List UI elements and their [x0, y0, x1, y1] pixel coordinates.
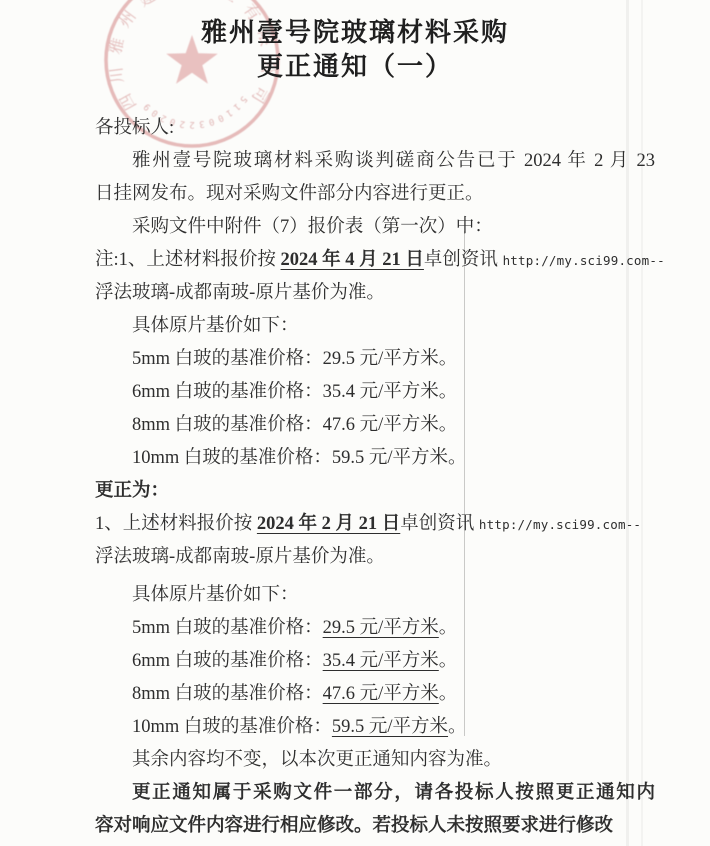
- price-label: 8mm 白玻的基准价格：: [132, 415, 323, 435]
- price-period: 。: [439, 651, 458, 671]
- price-value: 59.5 元/平方米: [332, 717, 448, 737]
- price-label: 10mm 白玻的基准价格：: [132, 717, 332, 737]
- price-label: 5mm 白玻的基准价格：: [132, 618, 323, 638]
- price-value: 47.6 元/平方米: [323, 415, 439, 435]
- price-period: 。: [448, 717, 467, 737]
- note-prefix: 注:1、上述材料报价按: [95, 250, 281, 270]
- original-price-6mm: 6mm 白玻的基准价格：35.4 元/平方米。: [95, 376, 655, 409]
- price-period: 。: [448, 448, 467, 468]
- correction-detail-heading: 具体原片基价如下：: [95, 579, 655, 612]
- final-notice-line-1: 更正通知属于采购文件一部分，请各投标人按照更正通知内: [95, 777, 655, 810]
- corrected-price-10mm: 10mm 白玻的基准价格：59.5 元/平方米。: [95, 711, 655, 744]
- attachment-reference-line: 采购文件中附件（7）报价表（第一次）中：: [95, 211, 655, 244]
- price-label: 6mm 白玻的基准价格：: [132, 382, 323, 402]
- original-note-wrap-line: 浮法玻璃-成都南玻-原片基价为准。: [95, 277, 655, 310]
- original-note-line: 注:1、上述材料报价按 2024 年 4 月 21 日卓创资讯 http://m…: [95, 244, 655, 277]
- document-body: 各投标人: 雅州壹号院玻璃材料采购谈判磋商公告已于 2024 年 2 月 23 …: [95, 112, 655, 843]
- original-price-10mm: 10mm 白玻的基准价格：59.5 元/平方米。: [95, 442, 655, 475]
- corrected-quote-date: 2024 年 2 月 21 日: [257, 514, 400, 534]
- price-period: 。: [439, 349, 458, 369]
- document-page: 四川雅州建设工程有限公司 511003220209 雅州壹号院玻璃材料采购 更正…: [0, 0, 710, 846]
- original-quote-date: 2024 年 4 月 21 日: [281, 250, 424, 270]
- price-label: 10mm 白玻的基准价格：: [132, 448, 332, 468]
- price-value: 47.6 元/平方米: [323, 684, 439, 704]
- intro-line-2: 日挂网发布。现对采购文件部分内容进行更正。: [95, 178, 655, 211]
- price-period: 。: [439, 415, 458, 435]
- correction-heading: 更正为：: [95, 475, 655, 508]
- original-price-8mm: 8mm 白玻的基准价格：47.6 元/平方米。: [95, 409, 655, 442]
- corrected-price-6mm: 6mm 白玻的基准价格：35.4 元/平方米。: [95, 645, 655, 678]
- price-value: 59.5 元/平方米: [332, 448, 448, 468]
- price-period: 。: [439, 382, 458, 402]
- price-period: 。: [439, 618, 458, 638]
- price-label: 8mm 白玻的基准价格：: [132, 684, 323, 704]
- final-notice-line-2: 容对响应文件内容进行相应修改。若投标人未按照要求进行修改: [95, 810, 655, 843]
- corrected-price-8mm: 8mm 白玻的基准价格：47.6 元/平方米。: [95, 678, 655, 711]
- price-value: 35.4 元/平方米: [323, 382, 439, 402]
- price-value: 35.4 元/平方米: [323, 651, 439, 671]
- correction-note-wrap-line: 浮法玻璃-成都南玻-原片基价为准。: [95, 541, 655, 574]
- page-title-line-2: 更正通知（一）: [0, 50, 710, 84]
- note-prefix: 1、上述材料报价按: [95, 514, 257, 534]
- note-agency: 卓创资讯: [400, 514, 479, 534]
- closing-line: 其余内容均不变，以本次更正通知内容为准。: [95, 744, 655, 777]
- intro-line-1: 雅州壹号院玻璃材料采购谈判磋商公告已于 2024 年 2 月 23: [95, 145, 655, 178]
- price-value: 29.5 元/平方米: [323, 618, 439, 638]
- sci99-url: http://my.sci99.com--: [479, 517, 641, 532]
- note-agency: 卓创资讯: [424, 250, 503, 270]
- salutation: 各投标人:: [95, 112, 655, 145]
- price-label: 6mm 白玻的基准价格：: [132, 651, 323, 671]
- price-label: 5mm 白玻的基准价格：: [132, 349, 323, 369]
- original-detail-heading: 具体原片基价如下：: [95, 310, 655, 343]
- page-title-line-1: 雅州壹号院玻璃材料采购: [0, 16, 710, 50]
- corrected-price-5mm: 5mm 白玻的基准价格：29.5 元/平方米。: [95, 612, 655, 645]
- document-title: 雅州壹号院玻璃材料采购 更正通知（一）: [0, 16, 710, 84]
- price-period: 。: [439, 684, 458, 704]
- original-price-5mm: 5mm 白玻的基准价格：29.5 元/平方米。: [95, 343, 655, 376]
- price-value: 29.5 元/平方米: [323, 349, 439, 369]
- correction-note-line: 1、上述材料报价按 2024 年 2 月 21 日卓创资讯 http://my.…: [95, 508, 655, 541]
- sci99-url: http://my.sci99.com--: [503, 253, 665, 268]
